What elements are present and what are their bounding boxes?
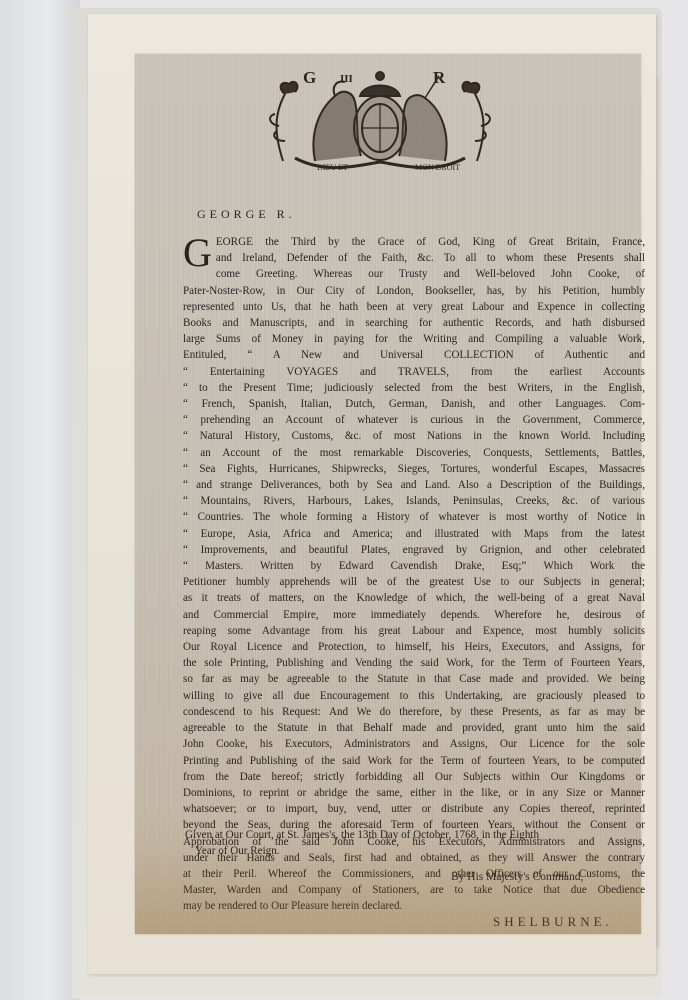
body-line: “ Masters. Written by Edward Cavendish D… <box>183 558 645 574</box>
given-line-2: Year of Our Reign. <box>185 843 647 859</box>
proclamation-body: G EORGE the Third by the Grace of God, K… <box>183 234 645 915</box>
body-line: “ French, Spanish, Italian, Dutch, Germa… <box>183 396 645 412</box>
body-line: “ Improvements, and beautiful Plates, en… <box>183 542 645 558</box>
body-line: large Sums of Money in paying for the Wr… <box>183 331 645 347</box>
given-line-1: Given at Our Court, at St. James's, the … <box>185 827 647 843</box>
salutation-heading: GEORGE R. <box>197 207 296 222</box>
body-line: John Cooke, his Executors, Administrator… <box>183 736 645 752</box>
body-line: EORGE the Third by the Grace of God, Kin… <box>183 234 645 250</box>
body-line: Books and Manuscripts, and in searching … <box>183 315 645 331</box>
body-line: as it treats of matters, on the Knowledg… <box>183 590 645 606</box>
motto-right: MON DROIT <box>415 163 460 172</box>
body-line: reaping some Advantage from his great La… <box>183 623 645 639</box>
body-line: “ Mountains, Rivers, Harbours, Lakes, Is… <box>183 493 645 509</box>
book-cover-board <box>0 0 80 1000</box>
body-line: the sole Printing, Publishing and Vendin… <box>183 655 645 671</box>
body-line: represented unto Us, that he hath been a… <box>183 299 645 315</box>
body-line: Dominions, to reprint or abridge the sam… <box>183 785 645 801</box>
body-line: Pater-Noster-Row, in Our City of London,… <box>183 283 645 299</box>
body-line: condescend to his Request: And We do the… <box>183 704 645 720</box>
royal-coat-of-arms-icon: DIEU ET MON DROIT <box>255 66 505 176</box>
body-line: “ prehending an Account of whatever is c… <box>183 412 645 428</box>
body-line: “ an Account of the most remarkable Disc… <box>183 445 645 461</box>
body-line: come Greeting. Whereas our Trusty and We… <box>183 266 645 282</box>
body-line: may be rendered to Our Pleasure herein d… <box>183 898 645 914</box>
motto-left: DIEU ET <box>317 163 348 172</box>
body-line: “ and strange Deliverances, both by Sea … <box>183 477 645 493</box>
by-command-line: By His Majesty's Command, <box>451 871 583 883</box>
body-line: Printing and Publishing of the said Work… <box>183 753 645 769</box>
body-line: Entituled, “ A New and Universal COLLECT… <box>183 347 645 363</box>
body-line: “ to the Present Time; judiciously selec… <box>183 380 645 396</box>
signatory-name: SHELBURNE. <box>493 914 613 930</box>
body-line: and Ireland, Defender of the Faith, &c. … <box>183 250 645 266</box>
body-line: “ Countries. The whole forming a History… <box>183 509 645 525</box>
mounting-sheet: G III R <box>88 14 656 974</box>
body-line: willing to give all due Encouragement to… <box>183 688 645 704</box>
body-line: “ Natural History, Customs, &c. of most … <box>183 428 645 444</box>
body-line: “ Sea Fights, Hurricanes, Shipwrecks, Si… <box>183 461 645 477</box>
body-line: agreeable to the Statute in that Behalf … <box>183 720 645 736</box>
drop-cap: G <box>183 236 212 270</box>
body-line: whatsoever; or to import, buy, vend, utt… <box>183 801 645 817</box>
body-line: “ Entertaining VOYAGES and TRAVELS, from… <box>183 364 645 380</box>
body-line: Petitioner humbly apprehends will be of … <box>183 574 645 590</box>
body-line: and Commercial Empire, more immediately … <box>183 607 645 623</box>
body-line: from the Date hereof; strictly forbiddin… <box>183 769 645 785</box>
royal-privilege-proclamation: G III R <box>135 54 641 934</box>
body-line: “ Europe, Asia, Africa and America; and … <box>183 526 645 542</box>
body-line: so far as may be agreeable to the Statut… <box>183 671 645 687</box>
body-line: Our Royal Licence and Protection, to him… <box>183 639 645 655</box>
body-line: Master, Warden and Company of Stationers… <box>183 882 645 898</box>
dated-at-court: Given at Our Court, at St. James's, the … <box>185 827 647 859</box>
